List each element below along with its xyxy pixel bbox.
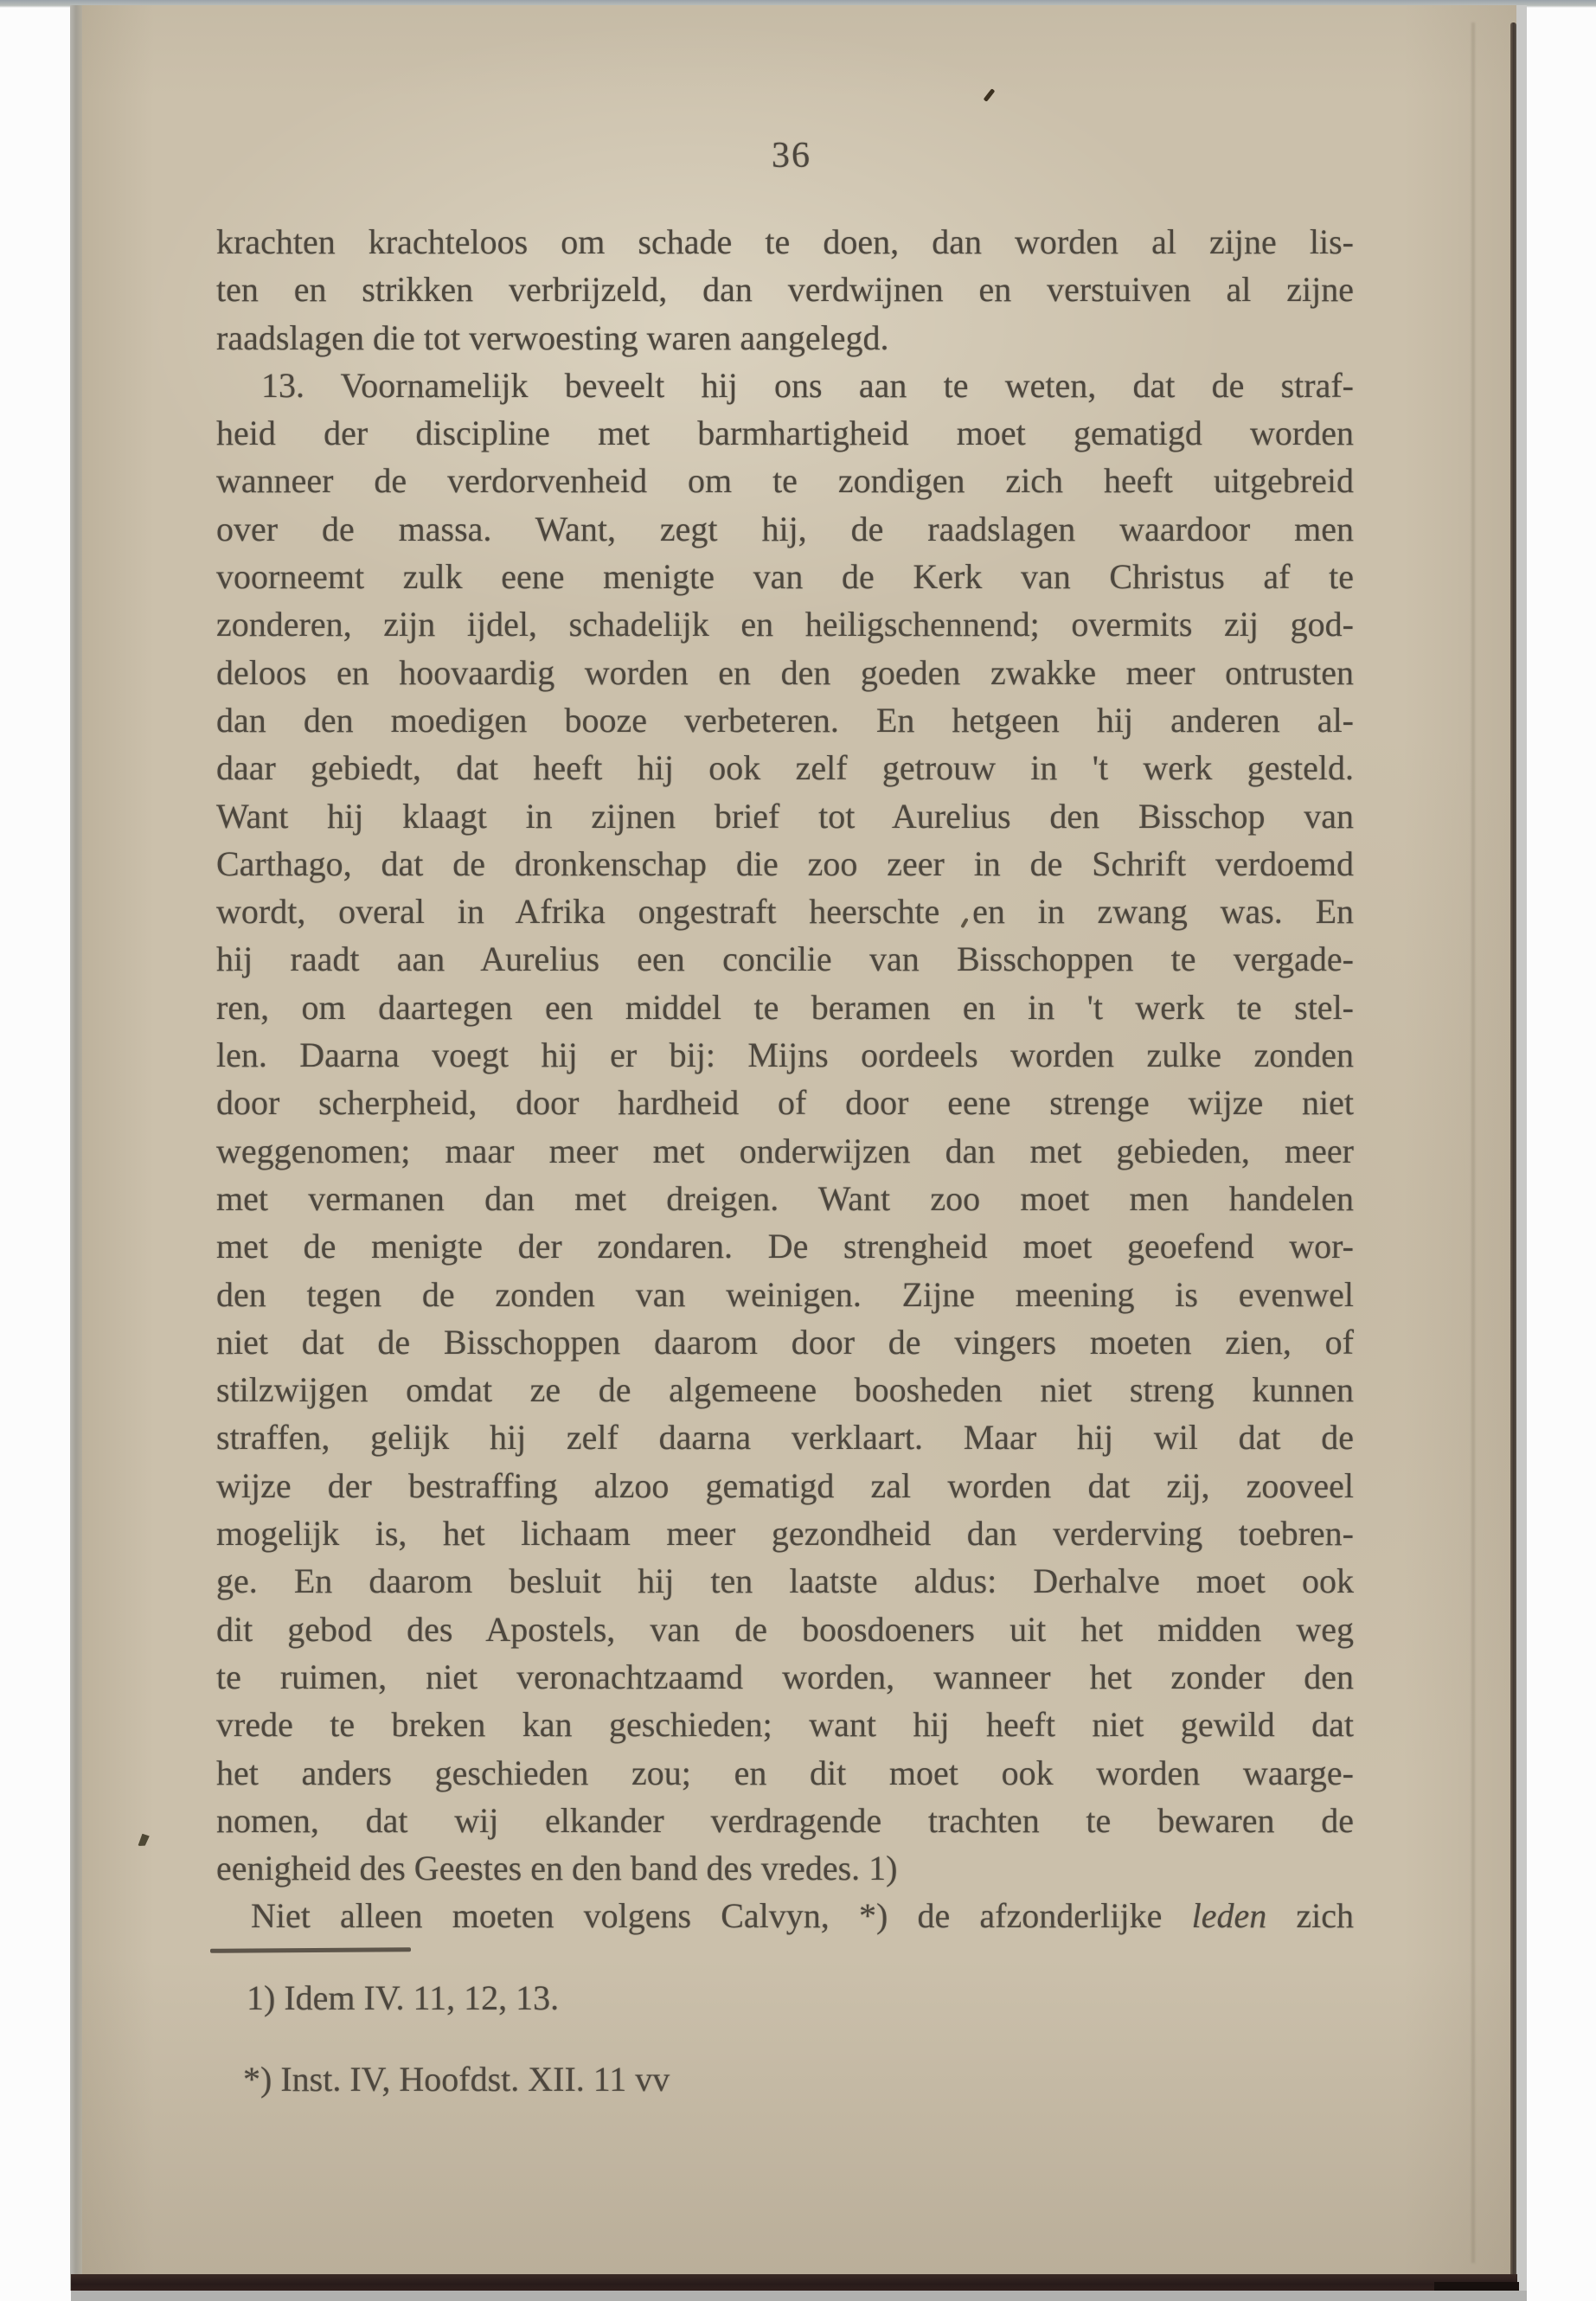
body-line: hij raadt aan Aurelius een concilie van … — [216, 935, 1354, 983]
body-line: Carthago, dat de dronkenschap die zoo ze… — [216, 840, 1354, 888]
body-line: ten en strikken verbrijzeld, dan verdwij… — [216, 266, 1354, 313]
body-line: stilzwijgen omdat ze de algemeene booshe… — [216, 1366, 1354, 1413]
margin-pen-mark — [134, 1831, 152, 1849]
body-line: dit gebod des Apostels, van de boosdoene… — [216, 1606, 1354, 1653]
body-line: ge. En daarom besluit hij ten laatste al… — [216, 1557, 1354, 1605]
body-paragraphs: krachten krachteloos om schade te doen, … — [216, 218, 1354, 1892]
book-page-scan: 36 krachten krachteloos om schade te doe… — [0, 0, 1596, 2301]
body-line: voorneemt zulk eene menigte van de Kerk … — [216, 553, 1354, 600]
calvyn-line-italic-leden: leden — [1192, 1896, 1267, 1935]
body-line: zonderen, zijn ijdel, schadelijk en heil… — [216, 600, 1354, 648]
body-text: krachten krachteloos om schade te doen, … — [216, 218, 1354, 1940]
body-line: dan den moedigen booze verbeteren. En he… — [216, 696, 1354, 744]
book-bottom-pages-edge — [71, 2274, 1517, 2291]
body-line: heid der discipline met barmhartigheid m… — [216, 409, 1354, 457]
body-line: eenigheid des Geestes en den band des vr… — [216, 1844, 1354, 1892]
body-line: niet dat de Bisschoppen daarom door de v… — [216, 1318, 1354, 1366]
page-crease — [1471, 22, 1475, 2263]
body-line: Want hij klaagt in zijnen brief tot Aure… — [216, 792, 1354, 840]
body-line: het anders geschieden zou; en dit moet o… — [216, 1749, 1354, 1797]
body-line: daar gebiedt, dat heeft hij ook zelf get… — [216, 744, 1354, 792]
footnote-1: 1) Idem IV. 11, 12, 13. — [247, 1977, 559, 2018]
body-line: den tegen de zonden van weinigen. Zijne … — [216, 1271, 1354, 1318]
body-line-calvyn: Niet alleen moeten volgens Calvyn, *) de… — [216, 1892, 1354, 1939]
calvyn-line-post: zich — [1266, 1896, 1354, 1935]
page-right-edge-line — [1510, 22, 1516, 2289]
body-line: len. Daarna voegt hij er bij: Mijns oord… — [216, 1031, 1354, 1079]
page-left-edge-shadow — [70, 5, 83, 2291]
footnote-separator-rule — [210, 1947, 411, 1953]
body-line: mogelijk is, het lichaam meer gezondheid… — [216, 1509, 1354, 1557]
body-line: vrede te breken kan geschieden; want hij… — [216, 1701, 1354, 1748]
scanner-bottom-strip — [71, 2291, 1527, 2301]
footnote-2: *) Inst. IV, Hoofdst. XII. 11 vv — [243, 2059, 670, 2099]
calvyn-line-pre: Niet alleen moeten volgens Calvyn, *) de… — [251, 1896, 1192, 1935]
body-line: ren, om daartegen een middel te beramen … — [216, 984, 1354, 1031]
body-line: straffen, gelijk hij zelf daarna verklaa… — [216, 1413, 1354, 1461]
body-line: krachten krachteloos om schade te doen, … — [216, 218, 1354, 266]
body-line: met vermanen dan met dreigen. Want zoo m… — [216, 1175, 1354, 1222]
body-line: 13. Voornamelijk beveelt hij ons aan te … — [216, 362, 1354, 409]
body-line: nomen, dat wij elkander verdragende trac… — [216, 1797, 1354, 1844]
scanner-right-strip — [1516, 5, 1527, 2301]
body-line: weggenomen; maar meer met onderwijzen da… — [216, 1127, 1354, 1175]
body-line: raadslagen die tot verwoesting waren aan… — [216, 314, 1354, 362]
body-line: deloos en hoovaardig worden en den goede… — [216, 649, 1354, 696]
body-line: met de menigte der zondaren. De strenghe… — [216, 1222, 1354, 1270]
body-line: door scherpheid, door hardheid of door e… — [216, 1079, 1354, 1126]
body-line: te ruimen, niet veronachtzaamd worden, w… — [216, 1653, 1354, 1701]
body-line: wijze der bestraffing alzoo gematigd zal… — [216, 1462, 1354, 1509]
paper-speck — [984, 88, 996, 102]
body-line: over de massa. Want, zegt hij, de raadsl… — [216, 505, 1354, 553]
page-number: 36 — [740, 135, 843, 176]
body-line: wanneer de verdorvenheid om te zondigen … — [216, 457, 1354, 504]
body-line: wordt, overal in Afrika ongestraft heers… — [216, 888, 1354, 935]
paper-page: 36 krachten krachteloos om schade te doe… — [82, 5, 1518, 2275]
